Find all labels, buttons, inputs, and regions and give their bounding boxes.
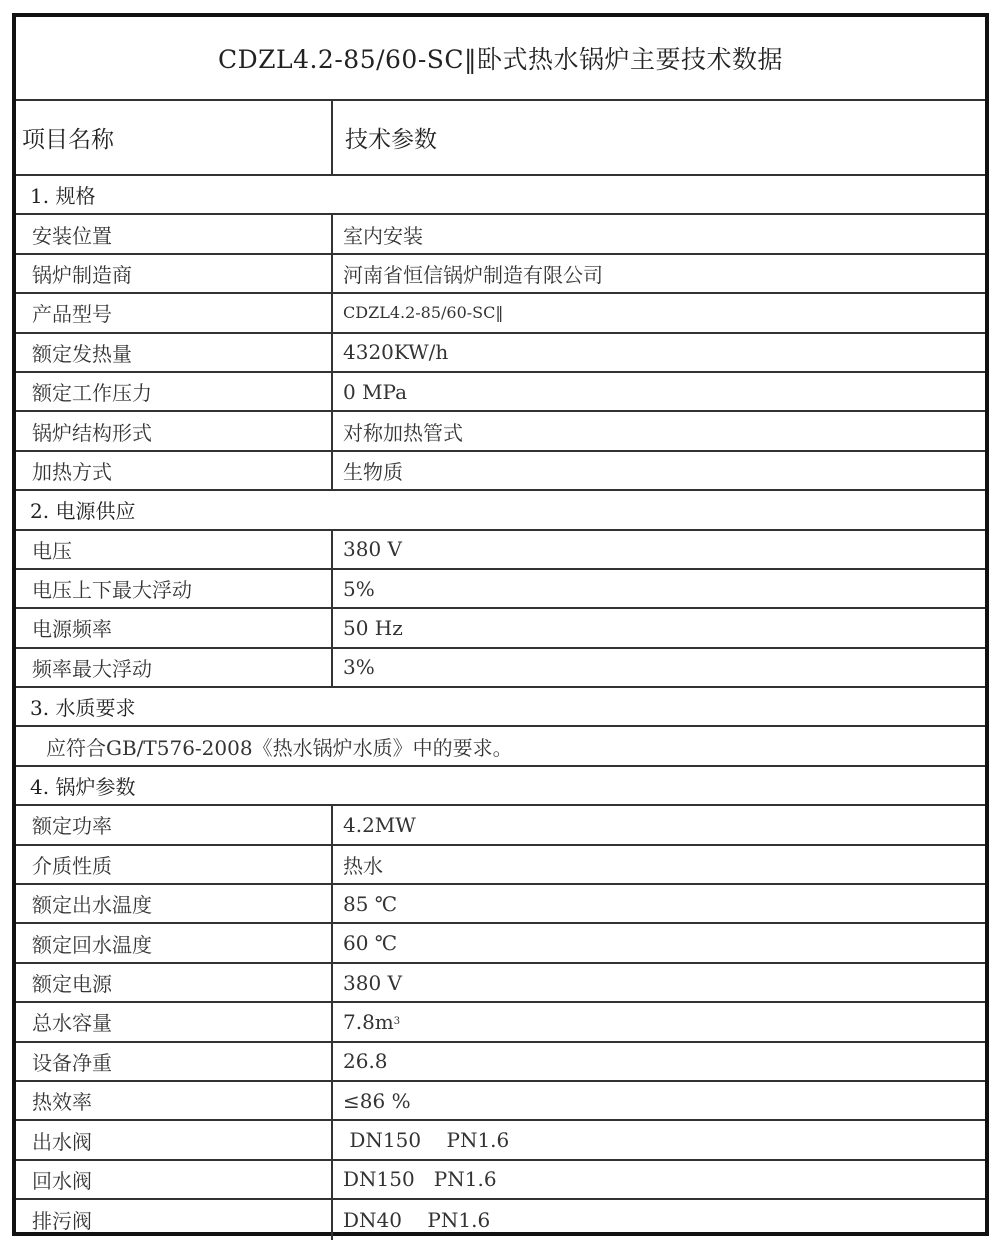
row-label: 额定发热量 [16, 334, 333, 371]
row-label: 额定工作压力 [16, 373, 333, 410]
row-label: 出水阀 [16, 1121, 333, 1158]
row-value: 室内安装 [333, 215, 985, 252]
table-row: 安装位置室内安装 [16, 215, 985, 254]
row-label: 额定功率 [16, 806, 333, 843]
row-value: 0 MPa [333, 373, 985, 410]
table-header: 项目名称 技术参数 [16, 101, 985, 176]
row-value: 4.2MW [333, 806, 985, 843]
header-item-name: 项目名称 [16, 101, 333, 174]
row-label: 额定回水温度 [16, 924, 333, 961]
table-row: 锅炉制造商河南省恒信锅炉制造有限公司 [16, 255, 985, 294]
row-value: 4320KW/h [333, 334, 985, 371]
row-value: 7.8m3 [333, 1003, 985, 1040]
row-label: 加热方式 [16, 452, 333, 489]
table-row: 回水阀DN150 PN1.6 [16, 1161, 985, 1200]
table-row: 额定工作压力0 MPa [16, 373, 985, 412]
row-value: 热水 [333, 846, 985, 883]
row-value: 5% [333, 570, 985, 607]
table-row: 设备净重26.8 [16, 1043, 985, 1082]
row-value: DN150 PN1.6 [333, 1161, 985, 1198]
row-value: 380 V [333, 964, 985, 1001]
table-row: 频率最大浮动3% [16, 649, 985, 688]
row-label: 锅炉制造商 [16, 255, 333, 292]
table-row: 出水阀 DN150 PN1.6 [16, 1121, 985, 1160]
row-label: 额定电源 [16, 964, 333, 1001]
row-label: 锅炉结构形式 [16, 412, 333, 449]
row-label: 设备净重 [16, 1043, 333, 1080]
table-row: 额定出水温度85 ℃ [16, 885, 985, 924]
table-row: 额定发热量4320KW/h [16, 334, 985, 373]
row-label: 排污阀 [16, 1200, 333, 1239]
row-value: 60 ℃ [333, 924, 985, 961]
row-label: 电压上下最大浮动 [16, 570, 333, 607]
row-label: 热效率 [16, 1082, 333, 1119]
table-row: 加热方式生物质 [16, 452, 985, 491]
row-value: DN40 PN1.6 [333, 1200, 985, 1239]
volume-value: 7.8m [343, 1010, 394, 1034]
row-label: 额定出水温度 [16, 885, 333, 922]
row-value: DN150 PN1.6 [333, 1121, 985, 1158]
row-label: 回水阀 [16, 1161, 333, 1198]
table-row: 排污阀DN40 PN1.6 [16, 1200, 985, 1239]
row-value: 50 Hz [333, 609, 985, 646]
row-value: 85 ℃ [333, 885, 985, 922]
table-row: 电源频率50 Hz [16, 609, 985, 648]
row-label: 总水容量 [16, 1003, 333, 1040]
table-row: 锅炉结构形式对称加热管式 [16, 412, 985, 451]
table-row: 额定功率4.2MW [16, 806, 985, 845]
table-row: 额定电源380 V [16, 964, 985, 1003]
cubic-superscript: 3 [394, 1016, 400, 1027]
row-label: 产品型号 [16, 294, 333, 331]
header-tech-params: 技术参数 [333, 101, 985, 174]
table-title: CDZL4.2-85/60-SC‖卧式热水锅炉主要技术数据 [16, 17, 985, 101]
row-label: 电压 [16, 531, 333, 568]
row-label: 安装位置 [16, 215, 333, 252]
section-heading: 4. 锅炉参数 [16, 767, 985, 806]
table-row: 额定回水温度60 ℃ [16, 924, 985, 963]
row-label: 介质性质 [16, 846, 333, 883]
table-row: 热效率≤86 % [16, 1082, 985, 1121]
row-label: 频率最大浮动 [16, 649, 333, 686]
row-value: CDZL4.2-85/60-SC‖ [333, 294, 985, 331]
table-row: 电压380 V [16, 531, 985, 570]
row-value: 26.8 [333, 1043, 985, 1080]
row-value: 生物质 [333, 452, 985, 489]
section-heading: 3. 水质要求 [16, 688, 985, 727]
table-row: 总水容量7.8m3 [16, 1003, 985, 1042]
row-value: 3% [333, 649, 985, 686]
table-row: 产品型号CDZL4.2-85/60-SC‖ [16, 294, 985, 333]
row-label: 电源频率 [16, 609, 333, 646]
row-value: ≤86 % [333, 1082, 985, 1119]
row-value: 河南省恒信锅炉制造有限公司 [333, 255, 985, 292]
section-heading: 2. 电源供应 [16, 491, 985, 530]
table-row: 电压上下最大浮动5% [16, 570, 985, 609]
row-value: 380 V [333, 531, 985, 568]
spec-table: CDZL4.2-85/60-SC‖卧式热水锅炉主要技术数据 项目名称 技术参数 … [12, 13, 989, 1236]
table-row: 介质性质热水 [16, 846, 985, 885]
row-value: 对称加热管式 [333, 412, 985, 449]
section-heading: 1. 规格 [16, 176, 985, 215]
water-quality-note: 应符合GB/T576-2008《热水锅炉水质》中的要求。 [16, 727, 985, 766]
